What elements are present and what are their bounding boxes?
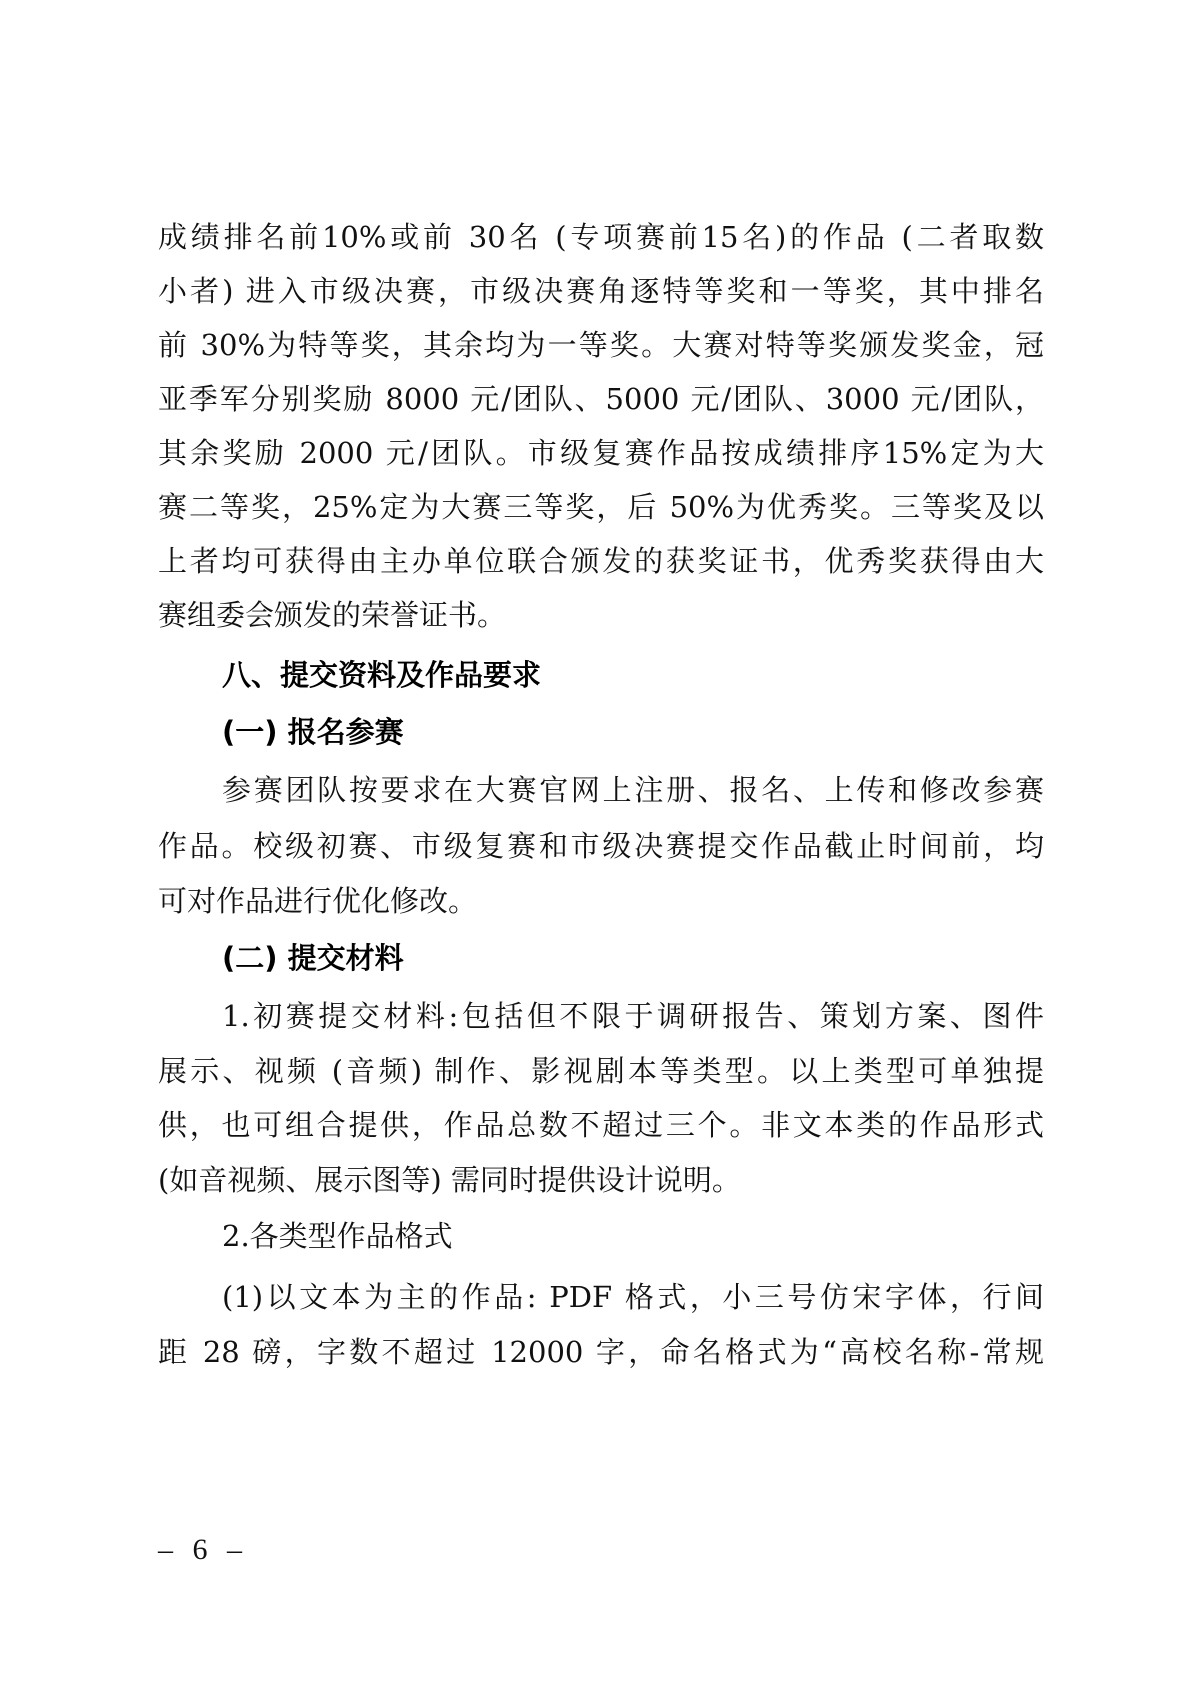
body-text-line: 作品。校级初赛、市级复赛和市级决赛提交作品截止时间前，均 [158,826,1044,866]
body-text-line: 上者均可获得由主办单位联合颁发的获奖证书，优秀奖获得由大 [158,541,1044,581]
body-text-line: 赛组委会颁发的荣誉证书。 [158,595,1044,635]
list-item-text: (1)以文本为主的作品: PDF 格式，小三号仿宋字体，行间 [222,1277,1044,1317]
subsection-heading-registration: (一) 报名参赛 [222,712,404,752]
body-text-line: 前 30%为特等奖，其余均为一等奖。大赛对特等奖颁发奖金，冠 [158,325,1044,365]
body-text-line: 成绩排名前10%或前 30名 (专项赛前15名)的作品 (二者取数 [158,217,1044,257]
body-text-line: 参赛团队按要求在大赛官网上注册、报名、上传和修改参赛 [222,770,1044,810]
body-text-line: 展示、视频 (音频) 制作、影视剧本等类型。以上类型可单独提 [158,1051,1044,1091]
body-text-line: 可对作品进行优化修改。 [158,881,1044,921]
document-page: 成绩排名前10%或前 30名 (专项赛前15名)的作品 (二者取数 小者) 进入… [0,0,1191,1684]
body-text-line: 亚季军分别奖励 8000 元/团队、5000 元/团队、3000 元/团队， [158,379,1044,419]
section-heading: 八、提交资料及作品要求 [222,655,541,695]
body-text-line: 其余奖励 2000 元/团队。市级复赛作品按成绩排序15%定为大 [158,433,1044,473]
body-text-line: 小者) 进入市级决赛，市级决赛角逐特等奖和一等奖，其中排名 [158,271,1044,311]
page-number: – 6 – [158,1530,248,1570]
body-text-line: (如音视频、展示图等) 需同时提供设计说明。 [158,1160,1044,1200]
list-item-text: 1.初赛提交材料:包括但不限于调研报告、策划方案、图件 [222,996,1044,1036]
body-text-line: 赛二等奖，25%定为大赛三等奖，后 50%为优秀奖。三等奖及以 [158,487,1044,527]
list-item-title: 2.各类型作品格式 [222,1216,1044,1256]
body-text-line: 供，也可组合提供，作品总数不超过三个。非文本类的作品形式 [158,1105,1044,1145]
subsection-heading-materials: (二) 提交材料 [222,938,404,978]
body-text-line: 距 28 磅，字数不超过 12000 字，命名格式为“高校名称-常规 [158,1332,1044,1372]
